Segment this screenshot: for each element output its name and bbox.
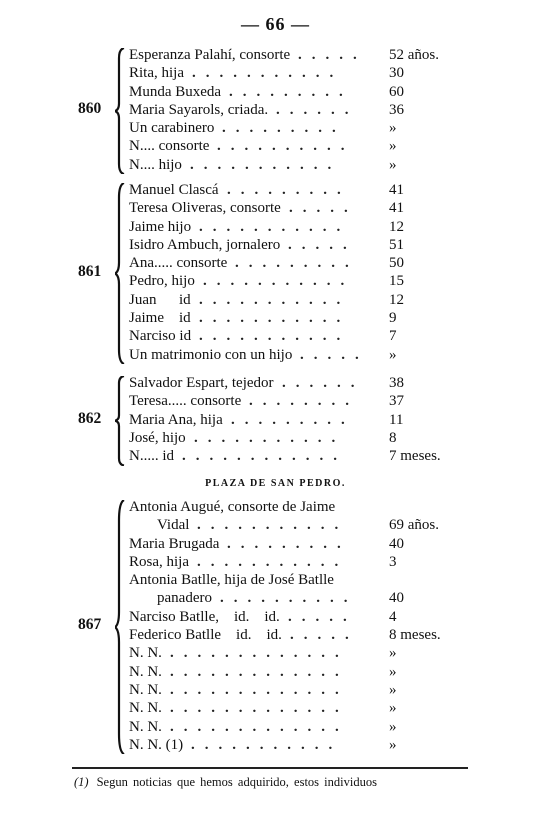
entry-row: Munda Buxeda.........60 bbox=[129, 83, 551, 101]
curly-brace-icon bbox=[115, 376, 125, 466]
age-value: 51 bbox=[389, 236, 404, 254]
entry-row: Jaime id...........9 bbox=[129, 309, 551, 327]
age-value: 8 meses. bbox=[389, 626, 441, 644]
entry-row: Rita, hija...........30 bbox=[129, 64, 551, 82]
dot-leader: ............. bbox=[170, 681, 349, 699]
person-name: Jaime id bbox=[129, 309, 191, 327]
person-name: Antonia Batlle, hija de José Batlle bbox=[129, 571, 334, 589]
footnote-rule bbox=[72, 767, 468, 769]
age-value: » bbox=[389, 736, 397, 754]
entry-row: Pedro, hijo...........15 bbox=[129, 272, 551, 290]
person-name: Un matrimonio con un hijo bbox=[129, 346, 292, 364]
entry-row: Ana..... consorte.........50 bbox=[129, 254, 551, 272]
age-value: » bbox=[389, 699, 397, 717]
entry-row: N. N..............» bbox=[129, 681, 551, 699]
entry-row: N. N..............» bbox=[129, 699, 551, 717]
entry-row: Vidal...........69 años. bbox=[129, 516, 551, 534]
entry-row: Maria Brugada.........40 bbox=[129, 535, 551, 553]
age-value: » bbox=[389, 718, 397, 736]
section-heading: PLAZA DE SAN PEDRO. bbox=[0, 478, 551, 489]
person-name: N.... consorte bbox=[129, 137, 209, 155]
household-group: 867Antonia Augué, consorte de JaimeVidal… bbox=[0, 498, 551, 754]
person-name: Ana..... consorte bbox=[129, 254, 227, 272]
entry-list: Manuel Clascá.........41Teresa Oliveras,… bbox=[129, 181, 551, 364]
dot-leader: ...... bbox=[282, 374, 365, 392]
dot-leader: ............. bbox=[170, 644, 349, 662]
dot-leader: ............. bbox=[170, 718, 349, 736]
age-value: 40 bbox=[389, 589, 404, 607]
dot-leader: .......... bbox=[217, 137, 355, 155]
dot-leader: ..... bbox=[290, 626, 359, 644]
person-name: Vidal bbox=[157, 516, 189, 534]
household-group: 860Esperanza Palahí, consorte.....52 año… bbox=[0, 46, 551, 174]
dot-leader: ......... bbox=[227, 535, 351, 553]
age-value: 11 bbox=[389, 411, 403, 429]
age-value: 8 bbox=[389, 429, 397, 447]
person-name: Un carabinero bbox=[129, 119, 214, 137]
person-name: Narciso id bbox=[129, 327, 191, 345]
person-name: Rita, hija bbox=[129, 64, 184, 82]
dot-leader: ............. bbox=[170, 699, 349, 717]
entry-row: Teresa..... consorte........37 bbox=[129, 392, 551, 410]
age-value: 7 meses. bbox=[389, 447, 441, 465]
entry-row: Antonia Batlle, hija de José Batlle bbox=[129, 571, 551, 589]
age-value: 40 bbox=[389, 535, 404, 553]
person-name: N. N. bbox=[129, 699, 162, 717]
dot-leader: ......... bbox=[231, 411, 355, 429]
age-value: 38 bbox=[389, 374, 404, 392]
dot-leader: .......... bbox=[220, 589, 358, 607]
person-name: Antonia Augué, consorte de Jaime bbox=[129, 498, 335, 516]
age-value: 3 bbox=[389, 553, 397, 571]
person-name: Munda Buxeda bbox=[129, 83, 221, 101]
curly-brace-icon bbox=[115, 500, 125, 754]
age-value: » bbox=[389, 663, 397, 681]
dot-leader: ........... bbox=[197, 553, 348, 571]
entry-row: Esperanza Palahí, consorte.....52 años. bbox=[129, 46, 551, 64]
dot-leader: ........... bbox=[199, 218, 350, 236]
entry-row: panadero..........40 bbox=[129, 589, 551, 607]
entry-row: Un carabinero.........» bbox=[129, 119, 551, 137]
age-value: 7 bbox=[389, 327, 397, 345]
entry-row: Maria Sayarols, criada.......36 bbox=[129, 101, 551, 119]
dot-leader: ........... bbox=[194, 429, 345, 447]
entry-list: Esperanza Palahí, consorte.....52 años.R… bbox=[129, 46, 551, 174]
dot-leader: ..... bbox=[288, 608, 357, 626]
age-value: » bbox=[389, 346, 397, 364]
age-value: 50 bbox=[389, 254, 404, 272]
dot-leader: ..... bbox=[289, 199, 358, 217]
entry-row: N. N. (1)...........» bbox=[129, 736, 551, 754]
dot-leader: ........... bbox=[190, 156, 341, 174]
dot-leader: ......... bbox=[227, 181, 351, 199]
age-value: 30 bbox=[389, 64, 404, 82]
person-name: Rosa, hija bbox=[129, 553, 189, 571]
person-name: N. N. (1) bbox=[129, 736, 183, 754]
dot-leader: ...... bbox=[276, 101, 359, 119]
person-name: N..... id bbox=[129, 447, 174, 465]
age-value: 41 bbox=[389, 199, 404, 217]
entry-row: José, hijo...........8 bbox=[129, 429, 551, 447]
dot-leader: ......... bbox=[229, 83, 353, 101]
person-name: N. N. bbox=[129, 644, 162, 662]
age-value: 9 bbox=[389, 309, 397, 327]
house-number: 860 bbox=[78, 100, 114, 118]
person-name: N.... hijo bbox=[129, 156, 182, 174]
household-group: 861Manuel Clascá.........41Teresa Oliver… bbox=[0, 181, 551, 364]
person-name: José, hijo bbox=[129, 429, 186, 447]
entry-list: Antonia Augué, consorte de JaimeVidal...… bbox=[129, 498, 551, 754]
age-value: 60 bbox=[389, 83, 404, 101]
dot-leader: ..... bbox=[298, 46, 367, 64]
age-value: » bbox=[389, 156, 397, 174]
age-value: 37 bbox=[389, 392, 404, 410]
entry-row: Teresa Oliveras, consorte.....41 bbox=[129, 199, 551, 217]
dot-leader: ........ bbox=[249, 392, 359, 410]
entry-row: Un matrimonio con un hijo.....» bbox=[129, 346, 551, 364]
person-name: N. N. bbox=[129, 663, 162, 681]
dot-leader: ........... bbox=[192, 64, 343, 82]
age-value: 12 bbox=[389, 218, 404, 236]
entry-row: N..... id............7 meses. bbox=[129, 447, 551, 465]
person-name: Maria Ana, hija bbox=[129, 411, 223, 429]
household-group: 862Salvador Espart, tejedor......38Teres… bbox=[0, 374, 551, 466]
person-name: Maria Sayarols, criada. bbox=[129, 101, 268, 119]
dot-leader: ......... bbox=[222, 119, 346, 137]
entry-list: Salvador Espart, tejedor......38Teresa..… bbox=[129, 374, 551, 465]
age-value: » bbox=[389, 681, 397, 699]
dot-leader: ..... bbox=[288, 236, 357, 254]
house-number: 862 bbox=[78, 410, 114, 428]
entry-row: Maria Ana, hija.........11 bbox=[129, 411, 551, 429]
dot-leader: ........... bbox=[199, 327, 350, 345]
entry-row: Juan id...........12 bbox=[129, 291, 551, 309]
house-number: 867 bbox=[78, 616, 114, 634]
person-name: Juan id bbox=[129, 291, 191, 309]
curly-brace-icon bbox=[115, 48, 125, 174]
person-name: Federico Batlle id. id. bbox=[129, 626, 282, 644]
age-value: » bbox=[389, 644, 397, 662]
person-name: Teresa..... consorte bbox=[129, 392, 241, 410]
age-value: 4 bbox=[389, 608, 397, 626]
dot-leader: ........... bbox=[199, 291, 350, 309]
age-value: » bbox=[389, 119, 397, 137]
entry-row: N.... hijo...........» bbox=[129, 156, 551, 174]
age-value: 12 bbox=[389, 291, 404, 309]
entry-row: Salvador Espart, tejedor......38 bbox=[129, 374, 551, 392]
dot-leader: ........... bbox=[199, 309, 350, 327]
entry-row: N. N..............» bbox=[129, 718, 551, 736]
dot-leader: ............ bbox=[182, 447, 347, 465]
entry-row: Narciso id...........7 bbox=[129, 327, 551, 345]
person-name: Maria Brugada bbox=[129, 535, 219, 553]
person-name: Pedro, hijo bbox=[129, 272, 195, 290]
dot-leader: ............. bbox=[170, 663, 349, 681]
entry-row: N.... consorte..........» bbox=[129, 137, 551, 155]
person-name: Manuel Clascá bbox=[129, 181, 219, 199]
footnote: (1)Segun noticias que hemos adquirido, e… bbox=[74, 775, 377, 790]
entry-row: Isidro Ambuch, jornalero.....51 bbox=[129, 236, 551, 254]
person-name: Esperanza Palahí, consorte bbox=[129, 46, 290, 64]
age-value: 41 bbox=[389, 181, 404, 199]
person-name: N. N. bbox=[129, 718, 162, 736]
dot-leader: ......... bbox=[235, 254, 359, 272]
dot-leader: ........... bbox=[191, 736, 342, 754]
person-name: Salvador Espart, tejedor bbox=[129, 374, 274, 392]
footnote-mark: (1) bbox=[74, 775, 89, 789]
dot-leader: ........... bbox=[197, 516, 348, 534]
age-value: 36 bbox=[389, 101, 404, 119]
entry-row: Federico Batlle id. id......8 meses. bbox=[129, 626, 551, 644]
entry-row: Jaime hijo...........12 bbox=[129, 218, 551, 236]
dot-leader: ..... bbox=[300, 346, 369, 364]
page-number: — 66 — bbox=[0, 14, 551, 35]
person-name: Jaime hijo bbox=[129, 218, 191, 236]
age-value: 69 años. bbox=[389, 516, 439, 534]
entry-row: Rosa, hija...........3 bbox=[129, 553, 551, 571]
person-name: Teresa Oliveras, consorte bbox=[129, 199, 281, 217]
dot-leader: ........... bbox=[203, 272, 354, 290]
entry-row: Narciso Batlle, id. id......4 bbox=[129, 608, 551, 626]
age-value: 15 bbox=[389, 272, 404, 290]
footnote-text: Segun noticias que hemos adquirido, esto… bbox=[97, 775, 377, 789]
entry-row: N. N..............» bbox=[129, 663, 551, 681]
curly-brace-icon bbox=[115, 183, 125, 364]
age-value: 52 años. bbox=[389, 46, 439, 64]
person-name: panadero bbox=[157, 589, 212, 607]
entry-row: Manuel Clascá.........41 bbox=[129, 181, 551, 199]
person-name: Isidro Ambuch, jornalero bbox=[129, 236, 280, 254]
entry-row: N. N..............» bbox=[129, 644, 551, 662]
house-number: 861 bbox=[78, 263, 114, 281]
person-name: Narciso Batlle, id. id. bbox=[129, 608, 280, 626]
age-value: » bbox=[389, 137, 397, 155]
person-name: N. N. bbox=[129, 681, 162, 699]
entry-row: Antonia Augué, consorte de Jaime bbox=[129, 498, 551, 516]
